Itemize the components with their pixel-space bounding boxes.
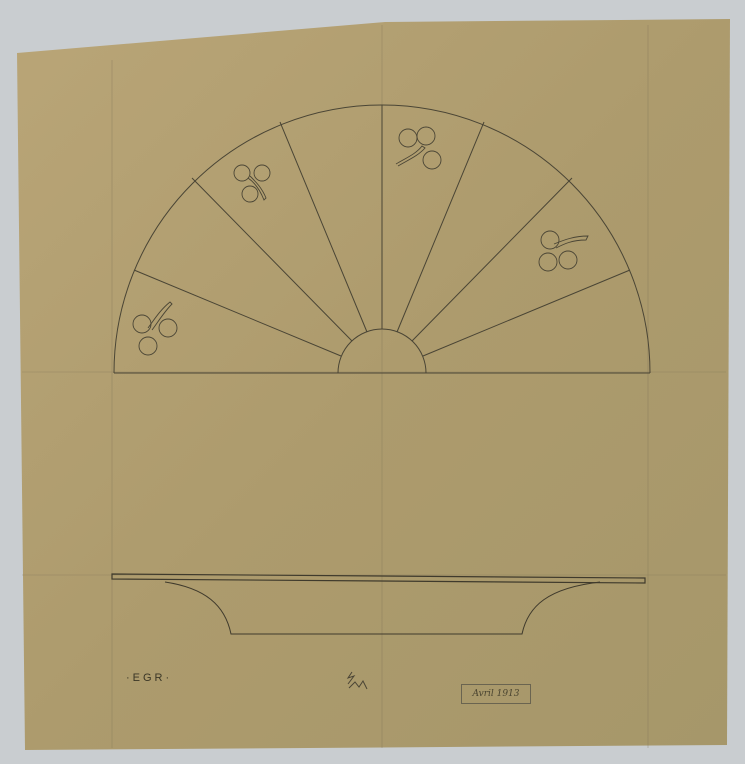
initials-label: ·EGR· [126, 672, 172, 684]
date-label: Avril 1913 [461, 684, 531, 704]
scene: ·EGR· Avril 1913 [0, 0, 745, 764]
paper-sheet [17, 19, 730, 750]
drawing-canvas [0, 0, 745, 764]
